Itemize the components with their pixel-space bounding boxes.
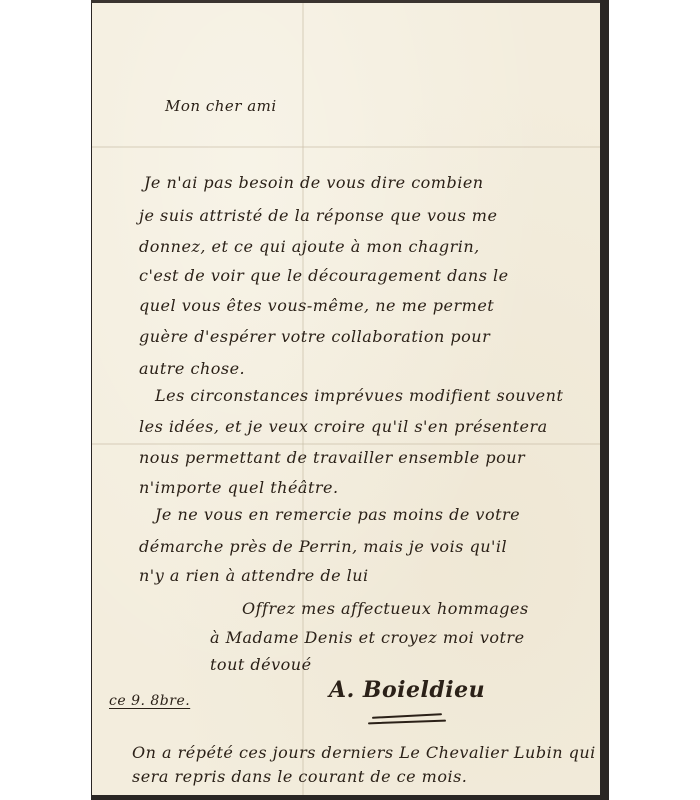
signature-flourish: [368, 720, 446, 725]
postscript-line: sera repris dans le courant de ce mois.: [132, 767, 467, 786]
paper-fold-line: [92, 146, 600, 148]
letter-line: quel vous êtes vous-même, ne me permet: [139, 296, 494, 315]
scan-bottom-border: [91, 795, 609, 800]
letter-line: Les circonstances imprévues modifient so…: [155, 386, 563, 405]
letter-line: autre chose.: [139, 359, 245, 378]
letter-line: je suis attristé de la réponse que vous …: [139, 206, 497, 225]
letter-line: Je n'ai pas besoin de vous dire combien: [144, 173, 484, 192]
signature: A. Boieldieu: [329, 677, 485, 703]
paper-fold-line: [92, 443, 600, 445]
letter-line: nous permettant de travailler ensemble p…: [139, 448, 525, 467]
letter-date: ce 9. 8bre.: [109, 693, 190, 709]
signature-flourish: [372, 713, 442, 719]
letter-paper: Mon cher ami Je n'ai pas besoin de vous …: [91, 3, 600, 795]
letter-line: démarche près de Perrin, mais je vois qu…: [139, 537, 507, 556]
letter-line: Je ne vous en remercie pas moins de votr…: [155, 505, 520, 524]
letter-line: n'importe quel théâtre.: [139, 478, 339, 497]
postscript-line: On a répété ces jours derniers Le Cheval…: [132, 743, 596, 762]
closing-line: Offrez mes affectueux hommages: [242, 599, 529, 618]
closing-line: à Madame Denis et croyez moi votre: [210, 628, 525, 647]
scan-right-border: [600, 0, 609, 800]
letter-line: donnez, et ce qui ajoute à mon chagrin,: [139, 237, 480, 256]
letter-line: les idées, et je veux croire qu'il s'en …: [139, 417, 548, 436]
letter-line: c'est de voir que le découragement dans …: [139, 266, 509, 285]
letter-line: n'y a rien à attendre de lui: [139, 566, 369, 585]
closing-line: tout dévoué: [210, 655, 312, 674]
letter-line: guère d'espérer votre collaboration pour: [139, 327, 490, 346]
salutation: Mon cher ami: [165, 97, 277, 115]
